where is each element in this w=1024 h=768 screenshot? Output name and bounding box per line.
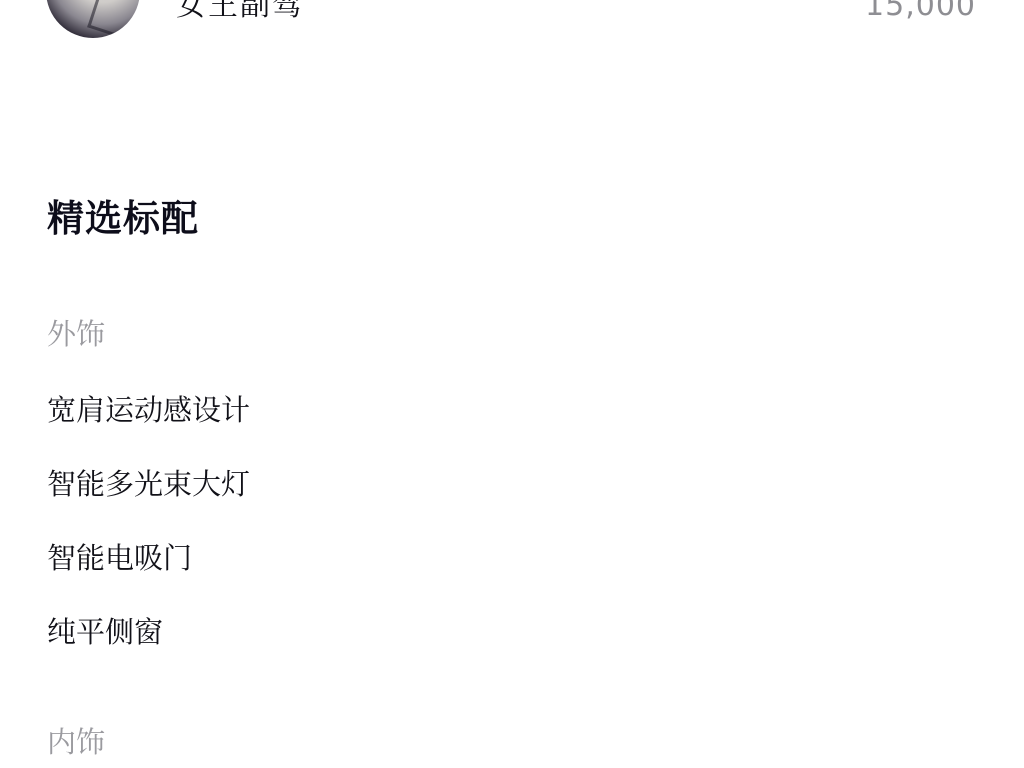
option-price: 15,000: [865, 0, 976, 24]
group-label-exterior: 外饰: [47, 316, 105, 352]
option-row[interactable]: 女王副驾 15,000: [0, 0, 1024, 40]
feature-item: 纯平侧窗: [47, 614, 163, 650]
section-title: 精选标配: [47, 196, 199, 242]
feature-item: 智能多光束大灯: [47, 466, 250, 502]
seat-image-icon: [87, 0, 140, 38]
feature-item: 智能电吸门: [47, 540, 192, 576]
group-label-interior: 内饰: [47, 724, 105, 760]
seat-image-avatar: [46, 0, 140, 38]
feature-item: 宽肩运动感设计: [47, 392, 250, 428]
page: 女王副驾 15,000 精选标配 外饰 宽肩运动感设计 智能多光束大灯 智能电吸…: [0, 0, 1024, 768]
option-title: 女王副驾: [176, 0, 304, 24]
